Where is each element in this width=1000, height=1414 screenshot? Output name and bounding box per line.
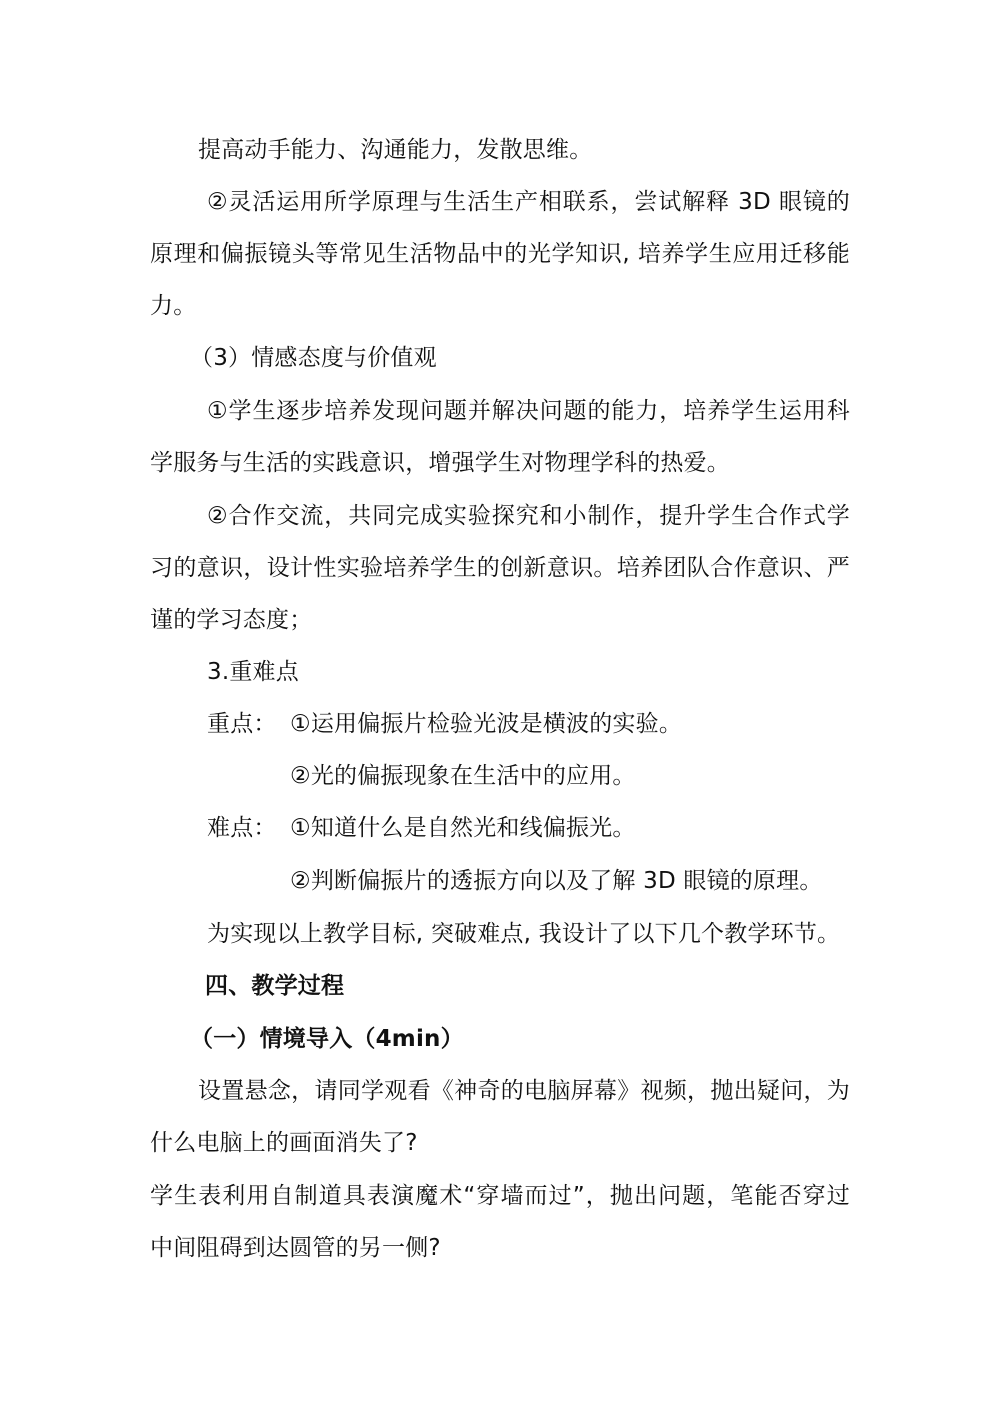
text-line: 设置悬念，请同学观看《神奇的电脑屏幕》视频，抛出疑问，为 <box>198 1076 850 1106</box>
text-line: ②合作交流，共同完成实验探究和小制作，提升学生合作式学 <box>207 501 850 531</box>
section-heading: 四、教学过程 <box>205 971 344 1001</box>
text-line: 学生表利用自制道具表演魔术“穿墙而过”，抛出问题，笔能否穿过 <box>150 1181 850 1211</box>
key-point-item: ②光的偏振现象在生活中的应用。 <box>290 761 636 791</box>
text-line: 什么电脑上的画面消失了? <box>150 1128 418 1158</box>
text-line: 提高动手能力、沟通能力，发散思维。 <box>198 135 592 165</box>
difficult-point-item: ②判断偏振片的透振方向以及了解 3D 眼镜的原理。 <box>290 866 823 896</box>
text-line: 学服务与生活的实践意识，增强学生对物理学科的热爱。 <box>150 448 730 478</box>
text-line: 为实现以上教学目标, 突破难点, 我设计了以下几个教学环节。 <box>207 919 840 949</box>
document-page: 提高动手能力、沟通能力，发散思维。 ②灵活运用所学原理与生活生产相联系，尝试解释… <box>0 0 1000 1414</box>
text-line: 习的意识，设计性实验培养学生的创新意识。培养团队合作意识、严 <box>150 553 850 583</box>
text-line: 原理和偏振镜头等常见生活物品中的光学知识, 培养学生应用迁移能 <box>150 239 850 269</box>
subsection-heading: 3.重难点 <box>207 657 299 687</box>
difficult-point-item: ①知道什么是自然光和线偏振光。 <box>290 813 636 843</box>
text-line: 谨的学习态度； <box>150 605 312 635</box>
section-subheading: （一）情境导入（4min） <box>190 1024 464 1054</box>
difficult-points-label: 难点： <box>207 813 277 843</box>
text-line: ①学生逐步培养发现问题并解决问题的能力，培养学生运用科 <box>207 396 850 426</box>
text-line: 力。 <box>150 291 196 321</box>
key-point-item: ①运用偏振片检验光波是横波的实验。 <box>290 709 682 739</box>
text-line: 中间阻碍到达圆管的另一侧? <box>150 1233 441 1263</box>
text-line: ②灵活运用所学原理与生活生产相联系，尝试解释 3D 眼镜的 <box>207 187 850 217</box>
key-points-label: 重点： <box>207 709 277 739</box>
subsection-heading: （3）情感态度与价值观 <box>190 343 437 373</box>
